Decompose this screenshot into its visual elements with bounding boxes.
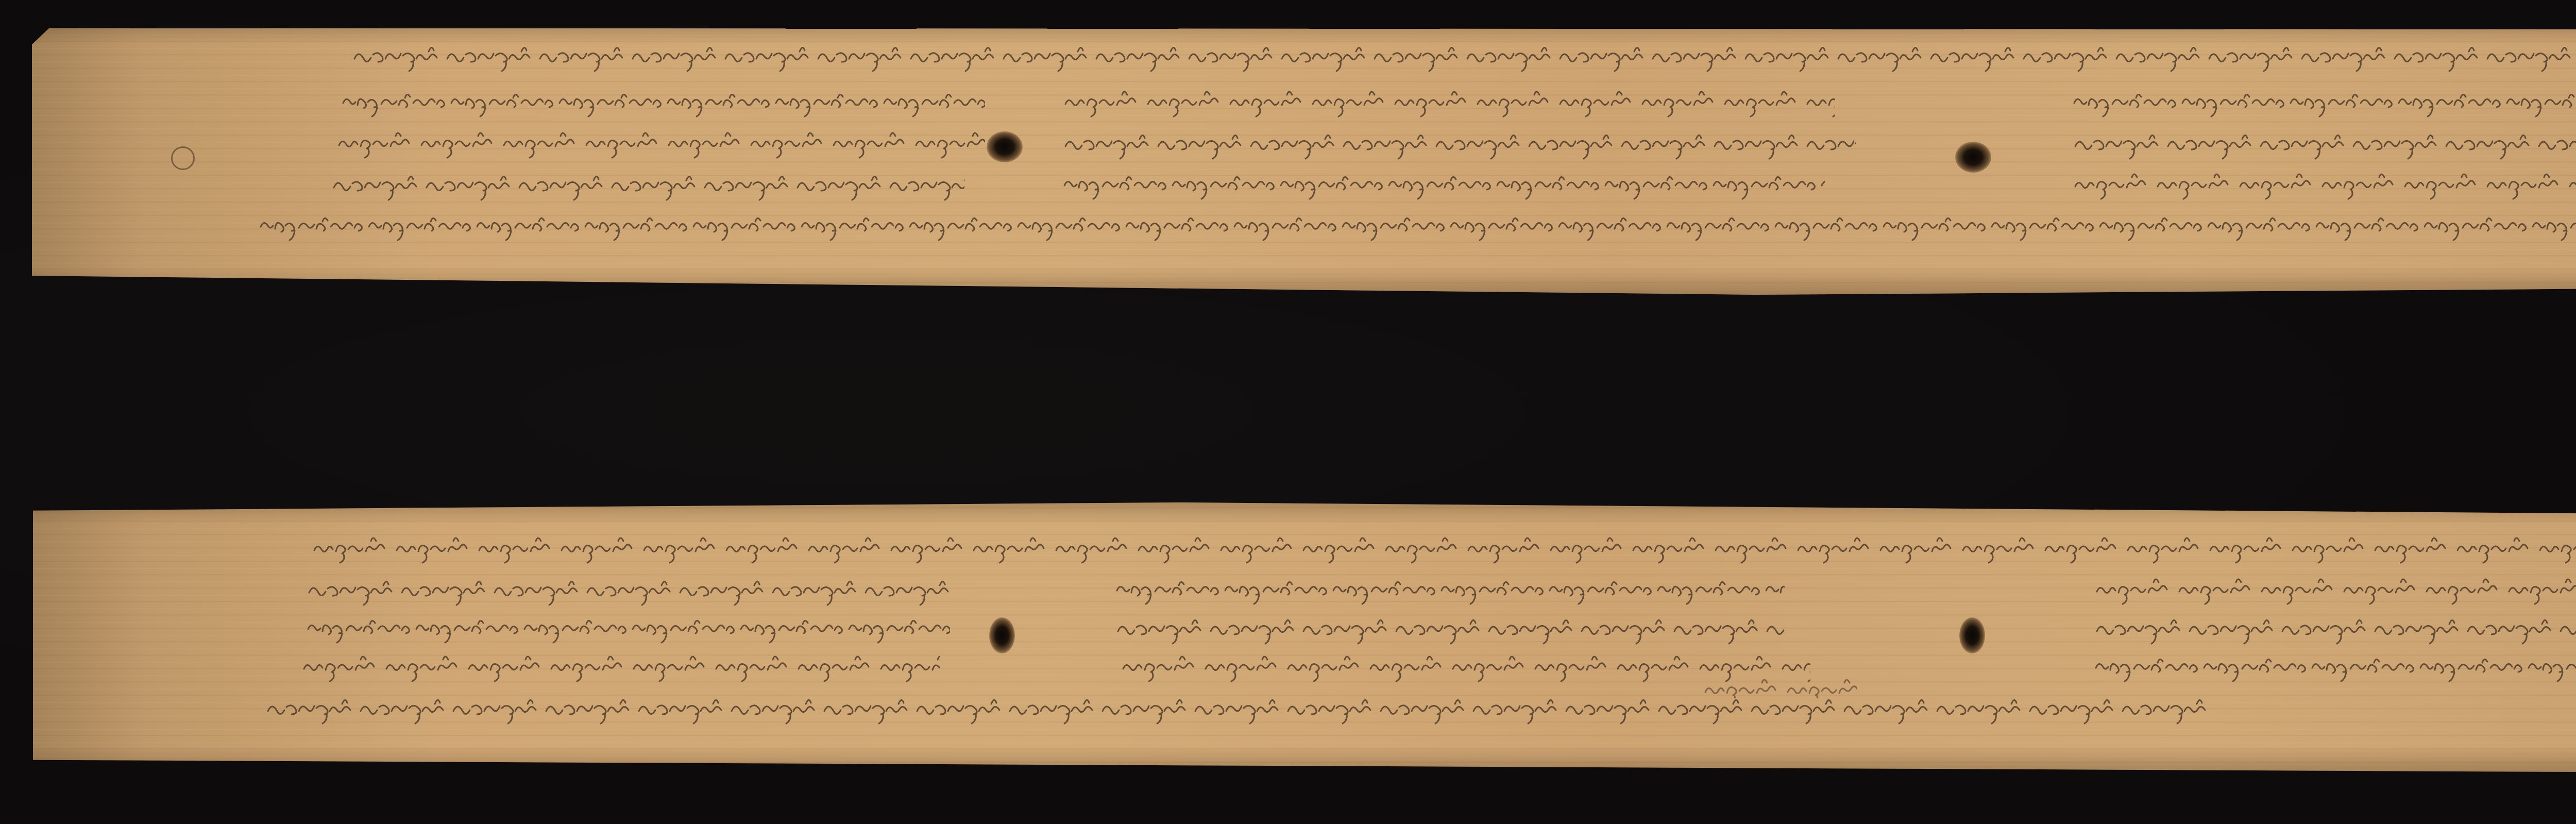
script-line-1 [311, 531, 2576, 567]
script-line-5 [265, 691, 2212, 727]
palm-leaf-bottom [33, 502, 2576, 773]
script-line-3-right [2072, 126, 2576, 162]
binding-hole-left [987, 131, 1023, 162]
script-line-1 [351, 38, 2576, 74]
script-line-5 [259, 208, 2576, 244]
binding-hole-left [989, 617, 1015, 653]
script-line-4-right [2072, 167, 2576, 203]
binding-hole-right [1955, 142, 1991, 173]
script-line-3-left [306, 611, 950, 647]
script-line-2-left [306, 572, 955, 608]
leaf-number-mark [171, 146, 195, 170]
script-line-2-middle [1062, 85, 1835, 121]
script-line-2-middle [1115, 572, 1785, 608]
script-line-3-middle [1062, 126, 1856, 162]
palm-leaf-top [32, 23, 2576, 295]
script-line-4-left [331, 167, 964, 203]
script-line-2-right [2072, 85, 2576, 121]
script-line-4-right [2094, 649, 2576, 685]
script-line-4-middle [1062, 167, 1825, 203]
script-line-3-middle [1115, 611, 1785, 647]
script-line-2-left [341, 85, 985, 121]
script-line-4-left [301, 649, 940, 685]
script-line-3-left [336, 126, 985, 162]
script-line-2-right [2094, 572, 2576, 608]
interlinear-insertion [1702, 672, 1857, 698]
script-line-3-right [2094, 611, 2576, 647]
binding-hole-right [1959, 617, 1985, 653]
